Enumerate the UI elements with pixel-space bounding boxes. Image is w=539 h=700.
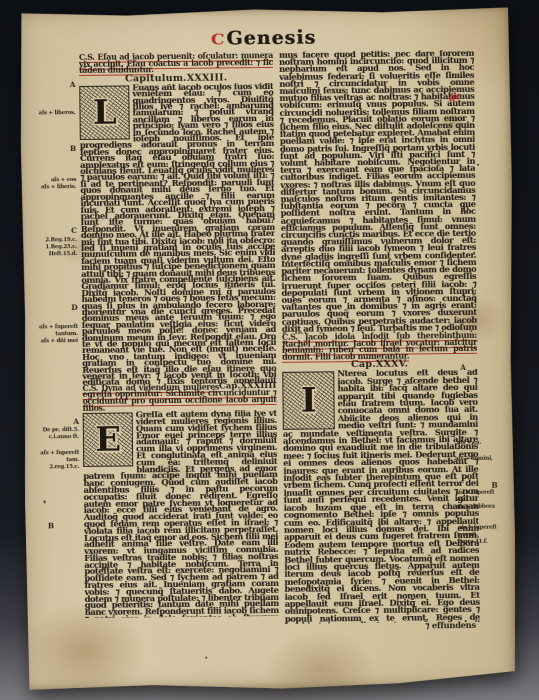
- woodcut-initial-L: L: [79, 85, 130, 140]
- chapter-35-body: INterea locutus eſt deus ad iacob. Surge…: [282, 369, 480, 624]
- margin-citation: De pe. diſt.5.: [25, 427, 79, 434]
- margin-letter: B: [491, 483, 497, 489]
- margin-note: aſs + eos: [22, 177, 76, 184]
- chapter-34-summary: Cap.XXXIIIIC.S. Dyna ad videndum muliere…: [82, 383, 276, 411]
- woodcut-initial-I: I: [282, 372, 335, 431]
- chapter-35-summary: C.S. Jacob idola infodit ſub therebinthu…: [282, 332, 477, 360]
- margin-note: aſs + ſupereſt: [24, 324, 78, 331]
- margin-note: aſs + dñi mei: [24, 338, 78, 345]
- margin-note: aſs + ſupereſt: [458, 525, 497, 531]
- chapter-34-body: EGreſſa eſt autem dyna filia lye vt vide…: [83, 410, 279, 618]
- ink-speck: [477, 164, 479, 166]
- woodcut-initial-E: E: [83, 413, 134, 468]
- margin-note: aſs + ſupereſt: [455, 490, 494, 496]
- margin-note: aſs + liberos.: [21, 110, 75, 117]
- incunabula-leaf: CGenesis C.S. Eſau ad iacob peruenit: oſ…: [18, 5, 517, 692]
- catchword-line: ⁊ effundens: [285, 622, 480, 632]
- margin-note: aſs + liberis.: [22, 184, 76, 191]
- margin-letter: B: [22, 146, 76, 153]
- margin-note: tam.: [25, 457, 79, 464]
- ink-speck: [205, 657, 207, 659]
- margin-note: vna.: [456, 497, 468, 503]
- header-title: Genesis: [226, 26, 316, 49]
- margin-citation: c.i.anno ſt.: [25, 434, 79, 441]
- margin-letter: C: [23, 228, 77, 235]
- margin-letter: A: [21, 82, 75, 89]
- chapter-33-body: LEuans añt iacob oculos ſuos vidit veniẽ…: [79, 83, 276, 385]
- chapter-33-summary: C.S. Eſau ad iacob peruenit: oſculatur: …: [79, 52, 273, 74]
- running-header: CGenesis: [55, 25, 473, 51]
- margin-letter: A: [460, 365, 466, 371]
- margin-citation: ſupra.31.f.: [458, 539, 487, 545]
- margin-letter: A: [25, 419, 79, 426]
- margin-note: aſs + debbora: [456, 504, 495, 510]
- margin-citation: Heſt.15.d.: [23, 251, 77, 258]
- red-capitulum-mark: C: [210, 30, 224, 48]
- margin-letter: B: [26, 523, 54, 529]
- ink-speck: [44, 500, 46, 503]
- text-column-right: mus facere quod petitis: nec dare ſorore…: [279, 50, 480, 632]
- margin-citation: 2.reg.15.c.: [25, 464, 79, 471]
- margin-note: tantum.: [24, 331, 78, 338]
- text-column-left: C.S. Eſau ad iacob peruenit: oſculatur: …: [79, 52, 279, 618]
- margin-citation: 2.Reg.19.c.: [23, 237, 77, 244]
- ink-speck: [473, 252, 475, 254]
- margin-note: aſs + domini,: [455, 456, 493, 462]
- margin-note: aſs + ea.: [457, 440, 481, 446]
- margin-letter: D: [463, 207, 469, 213]
- margin-citation: 1.Reg.25.c.: [23, 244, 77, 251]
- leaf-wrapper: CGenesis C.S. Eſau ad iacob peruenit: oſ…: [18, 5, 517, 692]
- margin-letter: D: [24, 305, 78, 312]
- margin-note: ⁊ venit.: [458, 532, 478, 538]
- margin-note: aſs + ſupereſt: [25, 450, 79, 457]
- photo-background: CGenesis C.S. Eſau ad iacob peruenit: oſ…: [0, 0, 539, 700]
